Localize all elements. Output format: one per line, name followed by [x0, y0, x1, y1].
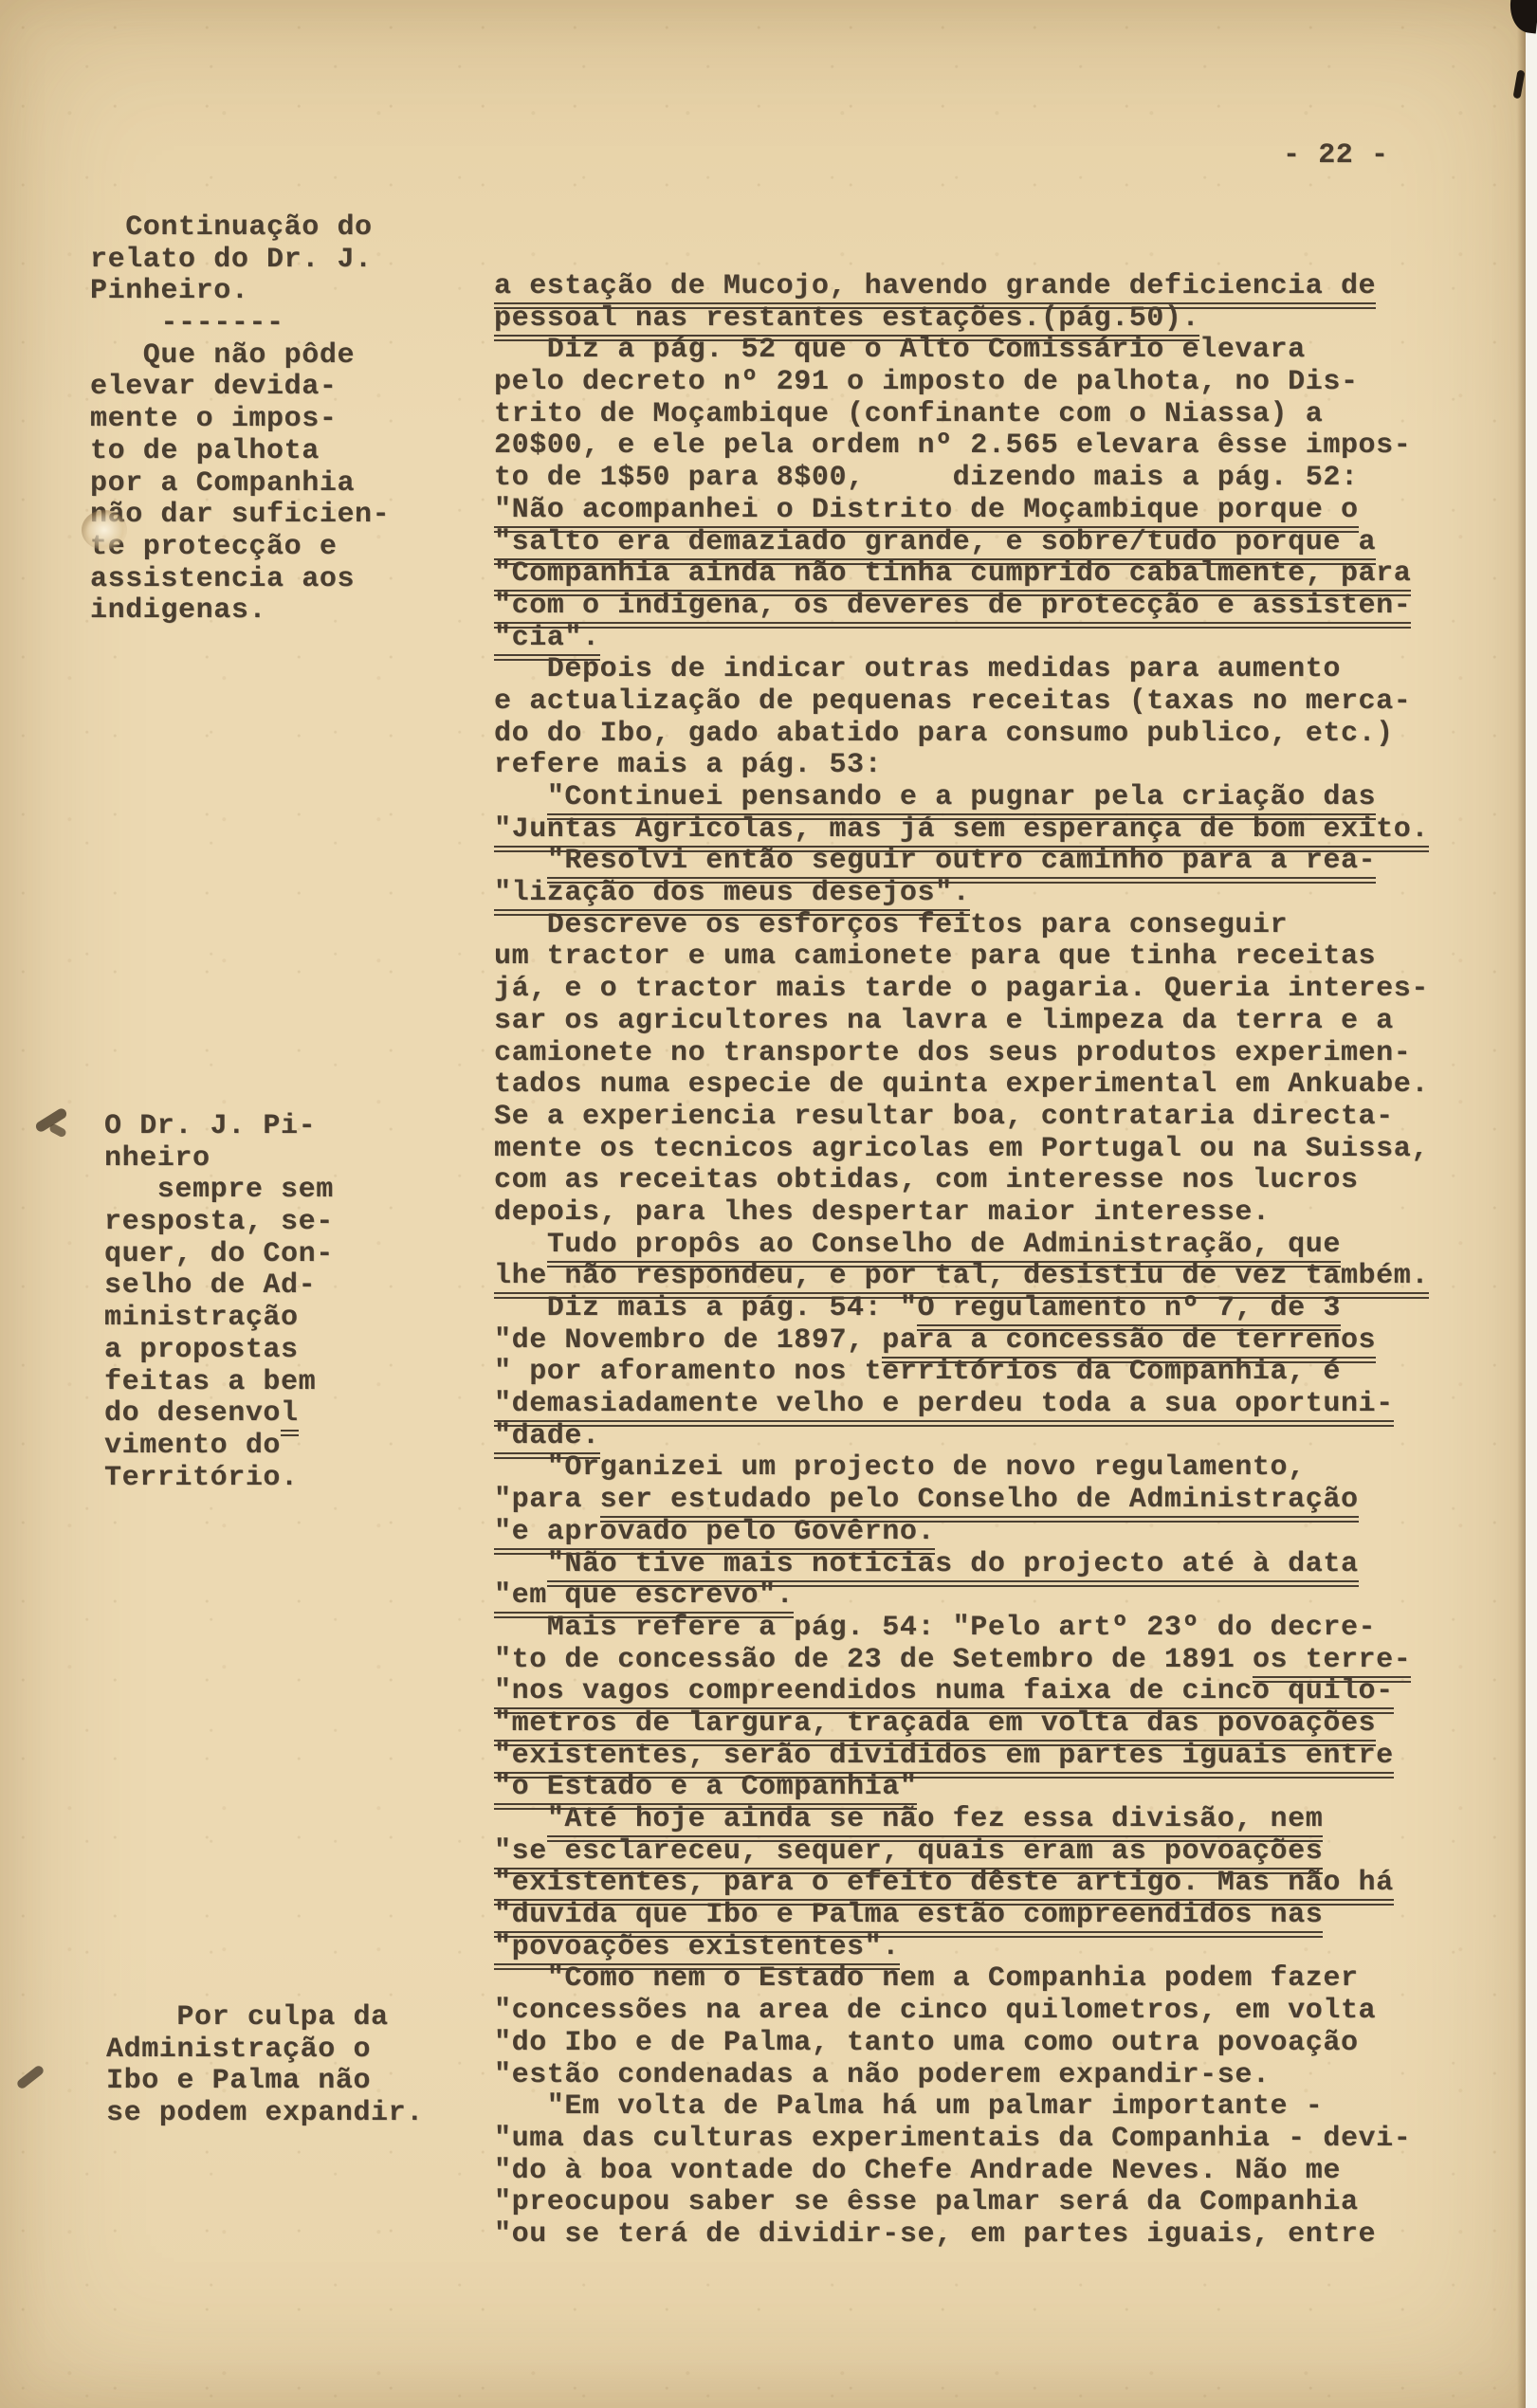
text-segment: nheiro [104, 1142, 210, 1175]
text-line: "salto era demaziado grande, e sobre/tud… [494, 527, 1490, 559]
text-segment: depois, para lhes despertar maior intere… [494, 1196, 1271, 1229]
corner-tear-mark [1508, 0, 1537, 33]
text-line: "nos vagos compreendidos numa faixa de c… [494, 1676, 1490, 1708]
text-segment: Se a experiencia resultar boa, contratar… [494, 1101, 1394, 1133]
body-text: a estação de Mucojo, havendo grande defi… [494, 271, 1490, 2252]
text-line: nheiro [104, 1143, 521, 1176]
text-line: lhe não respondeu, e por tal, desistiu d… [494, 1261, 1490, 1293]
text-line: Diz a pág. 52 que o Alto Comissário elev… [494, 335, 1490, 367]
text-line: Descreve os esforços feitos para consegu… [494, 910, 1490, 942]
text-segment: resposta, se- [104, 1206, 334, 1238]
text-line: com as receitas obtidas, com interesse n… [494, 1165, 1490, 1197]
text-segment: um tractor e uma camionete para que tinh… [494, 940, 1376, 973]
text-segment: sempre sem [104, 1174, 334, 1206]
text-segment: "to de concessão de 23 de Setembro de 18… [494, 1644, 1253, 1676]
text-segment: se podem expandir. [106, 2097, 424, 2129]
ink-smudge [15, 2064, 45, 2090]
text-segment: refere mais a pág. 53: [494, 749, 882, 781]
text-segment: 20$00, e ele pela ordem nº 2.565 elevara… [494, 429, 1411, 462]
text-segment: mente os tecnicos agricolas em Portugal … [494, 1133, 1429, 1165]
text-segment: Mais refere a pág. 54: "Pelo artº 23º do… [494, 1612, 1376, 1644]
text-line: "uma das culturas experimentais da Compa… [494, 2124, 1490, 2156]
text-line: to de 1$50 para 8$00, dizendo mais a pág… [494, 463, 1490, 495]
text-line: "Resolvi então seguir outro caminho para… [494, 846, 1490, 878]
text-line: e actualização de pequenas receitas (tax… [494, 686, 1490, 719]
text-segment: "para [494, 1484, 600, 1516]
text-line: "do Ibo e de Palma, tanto uma como outra… [494, 2028, 1490, 2060]
text-segment: to de palhota [90, 435, 320, 467]
text-segment: Que não pôde [90, 339, 355, 372]
text-line: ------- [90, 308, 507, 340]
text-line: "para ser estudado pelo Conselho de Admi… [494, 1485, 1490, 1517]
text-line: "do à boa vontade do Chefe Andrade Neves… [494, 2156, 1490, 2188]
paper-blemish [82, 510, 127, 550]
text-line: "existentes, serão divididos em partes i… [494, 1741, 1490, 1773]
text-line: não dar suficien- [90, 500, 507, 532]
text-segment: selho de Ad- [104, 1269, 316, 1302]
text-segment: não dar suficien- [90, 499, 390, 531]
text-line: Território. [104, 1463, 521, 1495]
margin-note-no-response: O Dr. J. Pi-nheiro sempre semresposta, s… [104, 1111, 521, 1494]
text-line: "Não acompanhei o Distrito de Moçambique… [494, 495, 1490, 527]
text-line: "Continuei pensando e a pugnar pela cria… [494, 782, 1490, 814]
photo-edge-strip [1526, 0, 1537, 2408]
text-line: relato do Dr. J. [90, 245, 507, 277]
text-line: a estação de Mucojo, havendo grande defi… [494, 271, 1490, 303]
text-line: "existentes, para o efeito dêste artigo.… [494, 1868, 1490, 1900]
text-segment: Por culpa da [106, 2001, 389, 2034]
text-segment: do desenvo [104, 1397, 281, 1430]
text-line: "se esclareceu, sequer, quais eram as po… [494, 1836, 1490, 1869]
underlined-text-segment: l [281, 1397, 299, 1436]
text-segment: por a Companhia [90, 467, 355, 500]
text-line: refere mais a pág. 53: [494, 750, 1490, 782]
text-segment: " por aforamento nos territórios da Comp… [494, 1356, 1341, 1388]
text-line: Depois de indicar outras medidas para au… [494, 654, 1490, 686]
text-line: se podem expandir. [106, 2098, 523, 2130]
text-line: " por aforamento nos territórios da Comp… [494, 1357, 1490, 1389]
text-segment: Continuação do [90, 211, 373, 244]
text-segment: indigenas. [90, 594, 266, 627]
text-segment: elevar devida- [90, 371, 337, 403]
text-line: Diz mais a pág. 54: "O regulamento nº 7,… [494, 1293, 1490, 1325]
text-segment: "do à boa vontade do Chefe Andrade Neves… [494, 2155, 1341, 2187]
text-line: "Companhia ainda não tinha cumprido caba… [494, 558, 1490, 591]
text-line: "Em volta de Palma há um palmar importan… [494, 2091, 1490, 2124]
text-line: já, e o tractor mais tarde o pagaria. Qu… [494, 974, 1490, 1006]
text-line: assistencia aos [90, 564, 507, 596]
text-segment [494, 1548, 547, 1580]
text-line: te protecção e [90, 532, 507, 564]
text-line: "ou se terá de dividir-se, em partes igu… [494, 2219, 1490, 2252]
text-segment: ministração [104, 1302, 299, 1334]
page-number: - 22 - [1283, 139, 1389, 172]
text-segment: feitas a bem [104, 1366, 316, 1398]
text-segment [494, 1803, 547, 1835]
text-segment: Administração o [106, 2034, 371, 2066]
text-segment: mente o impos- [90, 403, 337, 435]
text-line: selho de Ad- [104, 1270, 521, 1303]
text-line: Se a experiencia resultar boa, contratar… [494, 1102, 1490, 1134]
text-line: Continuação do [90, 212, 507, 245]
text-line: "demasiadamente velho e perdeu toda a su… [494, 1389, 1490, 1421]
text-segment: "do Ibo e de Palma, tanto uma como outra… [494, 2027, 1359, 2059]
text-segment: ------- [90, 307, 284, 339]
text-segment: O Dr. J. Pi- [104, 1110, 316, 1142]
text-segment: te protecção e [90, 531, 337, 563]
text-line: "Até hoje ainda se não fez essa divisão,… [494, 1804, 1490, 1836]
text-line: por a Companhia [90, 468, 507, 501]
text-line: "metros de largura, traçada em volta das… [494, 1708, 1490, 1741]
text-line: tados numa especie de quinta experimenta… [494, 1069, 1490, 1102]
text-line: do do Ibo, gado abatido para consumo pub… [494, 719, 1490, 751]
text-line: Tudo propôs ao Conselho de Administração… [494, 1230, 1490, 1262]
text-segment: relato do Dr. J. [90, 244, 373, 276]
text-segment: Ibo e Palma não [106, 2065, 371, 2097]
text-segment: e actualização de pequenas receitas (tax… [494, 685, 1411, 718]
text-line: a propostas [104, 1335, 521, 1367]
text-line: "Organizei um projecto de novo regulamen… [494, 1452, 1490, 1485]
text-line: "estão condenadas a não poderem expandir… [494, 2060, 1490, 2092]
text-line: feitas a bem [104, 1367, 521, 1399]
text-segment: "uma das culturas experimentais da Compa… [494, 2123, 1411, 2155]
text-segment [494, 781, 547, 813]
text-segment: "Como nem o Estado nem a Companhia podem… [494, 1962, 1359, 1995]
text-line: elevar devida- [90, 372, 507, 404]
text-line: "Juntas Agricolas, mas já sem esperança … [494, 814, 1490, 847]
text-line: quer, do Con- [104, 1239, 521, 1271]
text-segment: a propostas [104, 1334, 299, 1366]
text-line: to de palhota [90, 436, 507, 468]
text-line: ministração [104, 1303, 521, 1335]
ink-smudge [48, 1122, 67, 1138]
underlined-text-segment: "demasiadamente velho e perdeu toda a su… [494, 1388, 1394, 1427]
text-segment: assistencia aos [90, 563, 355, 595]
text-line: resposta, se- [104, 1207, 521, 1239]
text-segment: sar os agricultores na lavra e limpeza d… [494, 1005, 1394, 1037]
text-line: do desenvol [104, 1398, 521, 1431]
text-line: indigenas. [90, 595, 507, 628]
margin-note-ibo-palma: Por culpa daAdministração oIbo e Palma n… [106, 2002, 523, 2130]
text-line: sempre sem [104, 1175, 521, 1207]
text-line: um tractor e uma camionete para que tinh… [494, 941, 1490, 974]
text-segment: Diz a pág. 52 que o Alto Comissário elev… [494, 334, 1306, 366]
text-line: pelo decreto nº 291 o imposto de palhota… [494, 367, 1490, 399]
margin-note-continuation: Continuação dorelato do Dr. J.Pinheiro. … [90, 212, 507, 628]
text-segment: tados numa especie de quinta experimenta… [494, 1068, 1429, 1101]
text-segment: "Organizei um projecto de novo regulamen… [494, 1451, 1306, 1484]
text-segment: quer, do Con- [104, 1238, 334, 1270]
text-line: Administração o [106, 2034, 523, 2067]
text-line: "preocupou saber se êsse palmar será da … [494, 2187, 1490, 2219]
text-line: mente o impos- [90, 404, 507, 436]
text-line: Por culpa da [106, 2002, 523, 2034]
text-segment: já, e o tractor mais tarde o pagaria. Qu… [494, 973, 1429, 1005]
text-segment [494, 1229, 547, 1261]
text-segment: "estão condenadas a não poderem expandir… [494, 2059, 1271, 2091]
text-segment: com as receitas obtidas, com interesse n… [494, 1164, 1359, 1196]
text-line: depois, para lhes despertar maior intere… [494, 1197, 1490, 1230]
text-line: Pinheiro. [90, 276, 507, 308]
paper-edge-shadow [1517, 0, 1526, 2408]
text-line: camionete no transporte dos seus produto… [494, 1038, 1490, 1070]
text-segment [494, 845, 547, 877]
text-line: O Dr. J. Pi- [104, 1111, 521, 1143]
text-segment: vimento do [104, 1430, 281, 1462]
text-segment: "ou se terá de dividir-se, em partes igu… [494, 2218, 1376, 2251]
text-line: mente os tecnicos agricolas em Portugal … [494, 1134, 1490, 1166]
text-line: "Não tive mais noticias do projecto até … [494, 1549, 1490, 1581]
text-line: sar os agricultores na lavra e limpeza d… [494, 1006, 1490, 1038]
text-segment: Território. [104, 1462, 299, 1494]
text-line: "concessões na area de cinco quilometros… [494, 1996, 1490, 2028]
text-segment: camionete no transporte dos seus produto… [494, 1037, 1411, 1069]
text-line: 20$00, e ele pela ordem nº 2.565 elevara… [494, 430, 1490, 463]
text-line: Que não pôde [90, 340, 507, 373]
text-line: "de Novembro de 1897, para a concessão d… [494, 1325, 1490, 1358]
text-segment: Diz mais a pág. 54: " [494, 1292, 917, 1324]
text-segment: pelo decreto nº 291 o imposto de palhota… [494, 366, 1359, 398]
text-segment: Depois de indicar outras medidas para au… [494, 653, 1341, 685]
text-line: "to de concessão de 23 de Setembro de 18… [494, 1645, 1490, 1677]
text-line: "Como nem o Estado nem a Companhia podem… [494, 1963, 1490, 1996]
text-segment: "preocupou saber se êsse palmar será da … [494, 2186, 1359, 2218]
text-segment: trito de Moçambique (confinante com o Ni… [494, 398, 1323, 430]
text-line: "com o indigena, os deveres de protecção… [494, 591, 1490, 623]
text-segment: to de 1$50 para 8$00, dizendo mais a pág… [494, 462, 1359, 494]
text-segment: Descreve os esforços feitos para consegu… [494, 909, 1288, 941]
text-segment: do do Ibo, gado abatido para consumo pub… [494, 718, 1394, 750]
underlined-text-segment: "com o indigena, os deveres de protecção… [494, 590, 1411, 629]
text-segment: Pinheiro. [90, 275, 248, 307]
text-line: Ibo e Palma não [106, 2066, 523, 2098]
text-line: vimento do [104, 1431, 521, 1463]
text-segment: "de Novembro de 1897, [494, 1324, 882, 1357]
text-line: Mais refere a pág. 54: "Pelo artº 23º do… [494, 1613, 1490, 1645]
text-line: trito de Moçambique (confinante com o Ni… [494, 399, 1490, 431]
text-segment: "concessões na area de cinco quilometros… [494, 1995, 1376, 2027]
text-segment: "Em volta de Palma há um palmar importan… [494, 2090, 1323, 2123]
scanned-document-page: - 22 - Continuação dorelato do Dr. J.Pin… [0, 0, 1537, 2408]
